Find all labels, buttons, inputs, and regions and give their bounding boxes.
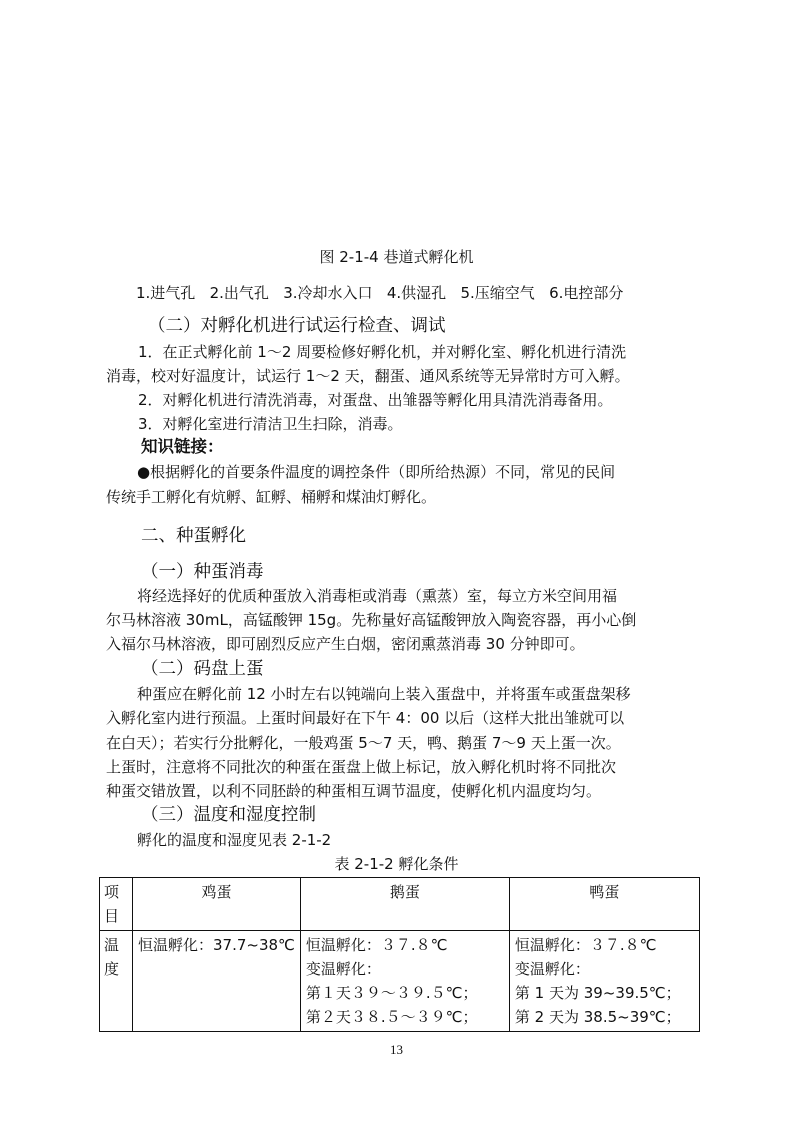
paragraph-line: ●根据孵化的首要条件温度的调控条件（即所给热源）不同，常见的民间: [137, 462, 615, 482]
subsection-heading-disinfection: （一）种蛋消毒: [141, 560, 264, 584]
paragraph-line: 将经选择好的优质种蛋放入消毒柜或消毒（熏蒸）室，每立方米空间用福: [137, 586, 617, 606]
paragraph-line: 消毒，校对好温度计，试运行 1～2 天，翻蛋、通风系统等无异常时方可入孵。: [106, 366, 630, 386]
page-number: 13: [0, 1042, 793, 1058]
cell-line: 恒温孵化：３７.８℃: [515, 933, 694, 957]
cell-line: 第 1 天为 39~39.5℃；: [515, 981, 694, 1005]
cell-line: 第２天３８.５～３９℃；: [306, 1005, 504, 1029]
knowledge-link-heading: 知识链接：: [141, 437, 224, 457]
cell-line: 变温孵化：: [515, 957, 694, 981]
cell-line: 恒温孵化：３７.８℃: [306, 933, 504, 957]
table-caption: 表 2-1-2 孵化条件: [0, 854, 793, 874]
incubation-conditions-table: 项目 鸡蛋 鹅蛋 鸭蛋 温度 恒温孵化：37.7~38℃ 恒温孵化：３７.８℃ …: [99, 877, 700, 1032]
table-header-goose: 鹅蛋: [300, 878, 509, 931]
table-cell-chicken: 恒温孵化：37.7~38℃: [133, 931, 301, 1032]
paragraph-line: 2．对孵化机进行清洗消毒，对蛋盘、出雏器等孵化用具清洗消毒备用。: [138, 390, 613, 410]
paragraph-line: 在白天）；若实行分批孵化，一般鸡蛋 5～7 天，鸭、鹅蛋 7～9 天上蛋一次。: [106, 733, 621, 753]
table-header-duck: 鸭蛋: [509, 878, 699, 931]
cell-line: 变温孵化：: [306, 957, 504, 981]
paragraph-line: 种蛋交错放置，以利不同胚龄的种蛋相互调节温度，使孵化机内温度均匀。: [106, 781, 601, 801]
cell-line: 第１天３９～３９.５℃；: [306, 981, 504, 1005]
table-cell-duck: 恒温孵化：３７.８℃ 变温孵化： 第 1 天为 39~39.5℃； 第 2 天为…: [509, 931, 699, 1032]
paragraph-line: 3．对孵化室进行清洁卫生扫除，消毒。: [138, 414, 403, 434]
table-cell-item: 温度: [100, 931, 133, 1032]
subsection-heading-temp-humidity: （三）温度和湿度控制: [141, 803, 316, 827]
figure-legend: 1.进气孔 2.出气孔 3.冷却水入口 4.供湿孔 5.压缩空气 6.电控部分: [136, 283, 623, 303]
section-heading-trial-run: （二）对孵化机进行试运行检查、调试: [148, 314, 446, 338]
paragraph-line: 1．在正式孵化前 1～2 周要检修好孵化机，并对孵化室、孵化机进行清洗: [138, 342, 626, 362]
cell-line: 第 2 天为 38.5~39℃；: [515, 1005, 694, 1029]
paragraph-line: 种蛋应在孵化前 12 小时左右以钝端向上装入蛋盘中，并将蛋车或蛋盘架移: [137, 684, 631, 704]
table-header-chicken: 鸡蛋: [133, 878, 301, 931]
paragraph-line: 入孵化室内进行预温。上蛋时间最好在下午 4：00 以后（这样大批出雏就可以: [106, 708, 624, 728]
subsection-heading-tray-loading: （二）码盘上蛋: [141, 657, 264, 681]
paragraph-line: 孵化的温度和湿度见表 2-1-2: [137, 830, 331, 850]
figure-caption: 图 2-1-4 巷道式孵化机: [0, 247, 793, 267]
table-header-item: 项目: [100, 878, 133, 931]
paragraph-line: 上蛋时，注意将不同批次的种蛋在蛋盘上做上标记，放入孵化机时将不同批次: [106, 757, 616, 777]
paragraph-line: 尔马林溶液 30mL，高锰酸钾 15g。先称量好高锰酸钾放入陶瓷容器，再小心倒: [106, 610, 636, 630]
paragraph-line: 传统手工孵化有炕孵、缸孵、桶孵和煤油灯孵化。: [106, 487, 436, 507]
section-heading-egg-incubation: 二、种蛋孵化: [141, 524, 246, 548]
table-row: 温度 恒温孵化：37.7~38℃ 恒温孵化：３７.８℃ 变温孵化： 第１天３９～…: [100, 931, 700, 1032]
table-header-row: 项目 鸡蛋 鹅蛋 鸭蛋: [100, 878, 700, 931]
table-cell-goose: 恒温孵化：３７.８℃ 变温孵化： 第１天３９～３９.５℃； 第２天３８.５～３９…: [300, 931, 509, 1032]
paragraph-line: 入福尔马林溶液，即可剧烈反应产生白烟，密闭熏蒸消毒 30 分钟即可。: [106, 634, 585, 654]
